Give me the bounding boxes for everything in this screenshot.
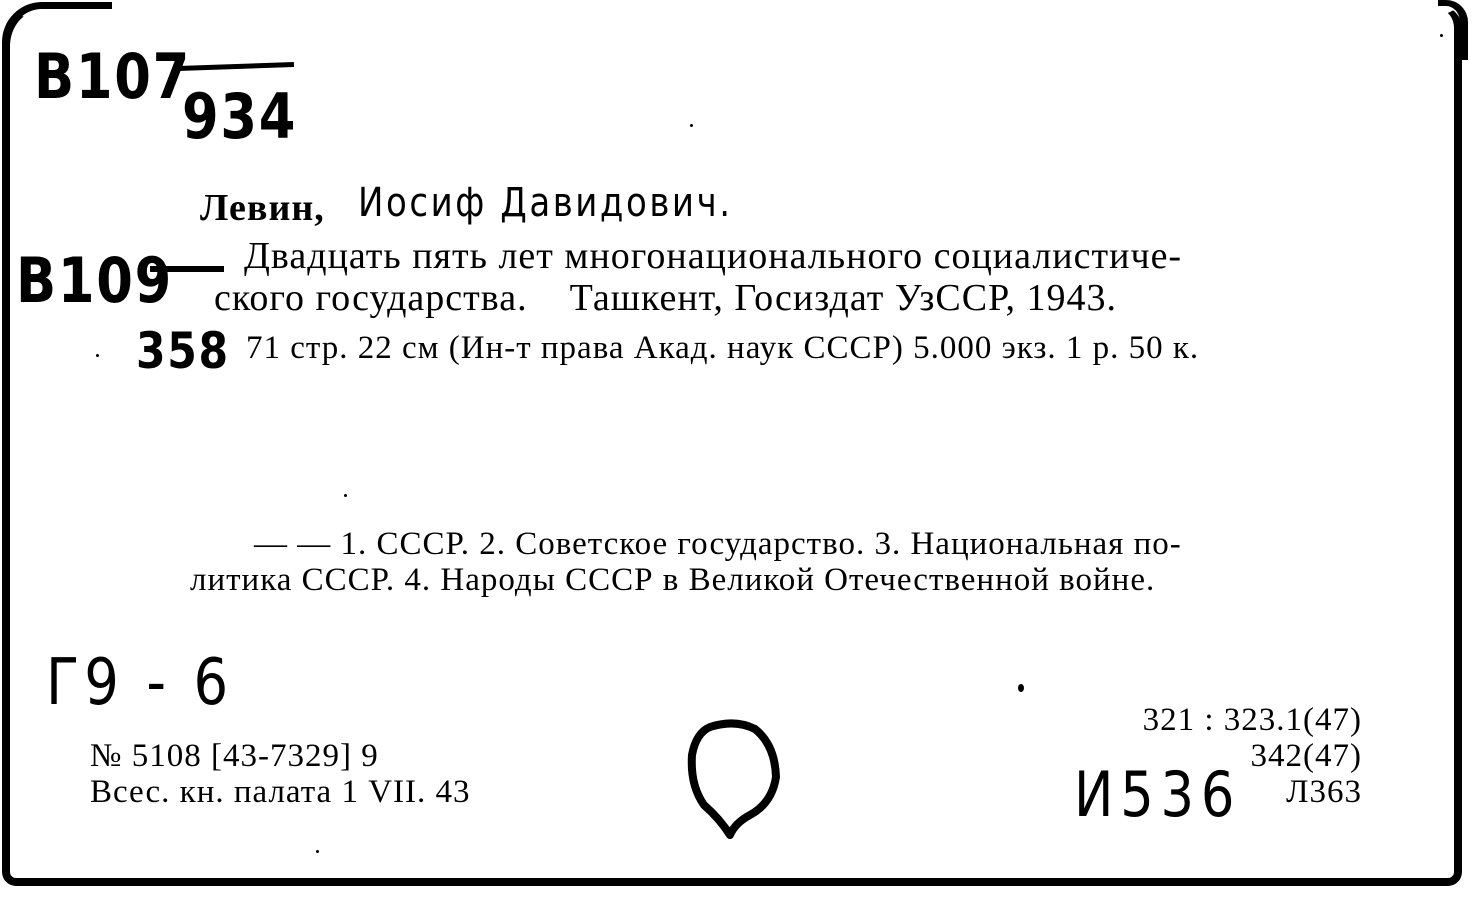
handwritten-shelf-mark-top: В107 bbox=[34, 40, 191, 113]
author-handwritten-name: Иосиф Давидович. bbox=[358, 180, 733, 226]
book-chamber-date: Всес. кн. палата 1 VII. 43 bbox=[90, 774, 471, 811]
handwritten-shelf-mark-mid-sub: 358 bbox=[136, 322, 230, 380]
subjects-line-1: — — 1. СССР. 2. Советское государство. 3… bbox=[254, 526, 1182, 563]
scan-speck bbox=[96, 354, 99, 357]
scan-speck bbox=[1440, 34, 1443, 37]
udc-line-2: 342(47) bbox=[1251, 738, 1362, 775]
handwritten-author-mark: И536 bbox=[1074, 758, 1241, 831]
collation-line: 71 стр. 22 см (Ин-т права Акад. наук ССС… bbox=[246, 330, 1199, 367]
handwritten-circle-mark bbox=[680, 715, 790, 845]
udc-line-3: Л363 bbox=[1286, 774, 1362, 811]
card-corner-top-right bbox=[1438, 0, 1468, 60]
subjects-line-2: литика СССР. 4. Народы СССР в Великой От… bbox=[190, 562, 1155, 599]
shelf-mark-dash bbox=[150, 266, 224, 272]
scan-speck bbox=[690, 124, 693, 127]
handwritten-classification: Г9 - 6 bbox=[46, 646, 233, 720]
scan-speck bbox=[1018, 684, 1024, 692]
handwritten-shelf-mark-fraction: 934 bbox=[182, 80, 297, 153]
title-line-2: ского государства. Ташкент, Госиздат УзС… bbox=[214, 276, 1117, 320]
author-surname: Левин, bbox=[200, 186, 325, 230]
scan-speck bbox=[344, 494, 347, 497]
scan-speck bbox=[316, 850, 319, 853]
record-number: № 5108 [43-7329] 9 bbox=[90, 738, 379, 775]
title-line-1: Двадцать пять лет многонационального соц… bbox=[244, 234, 1182, 278]
handwritten-shelf-mark-mid: В109 bbox=[16, 244, 173, 317]
udc-line-1: 321 : 323.1(47) bbox=[1143, 702, 1362, 739]
